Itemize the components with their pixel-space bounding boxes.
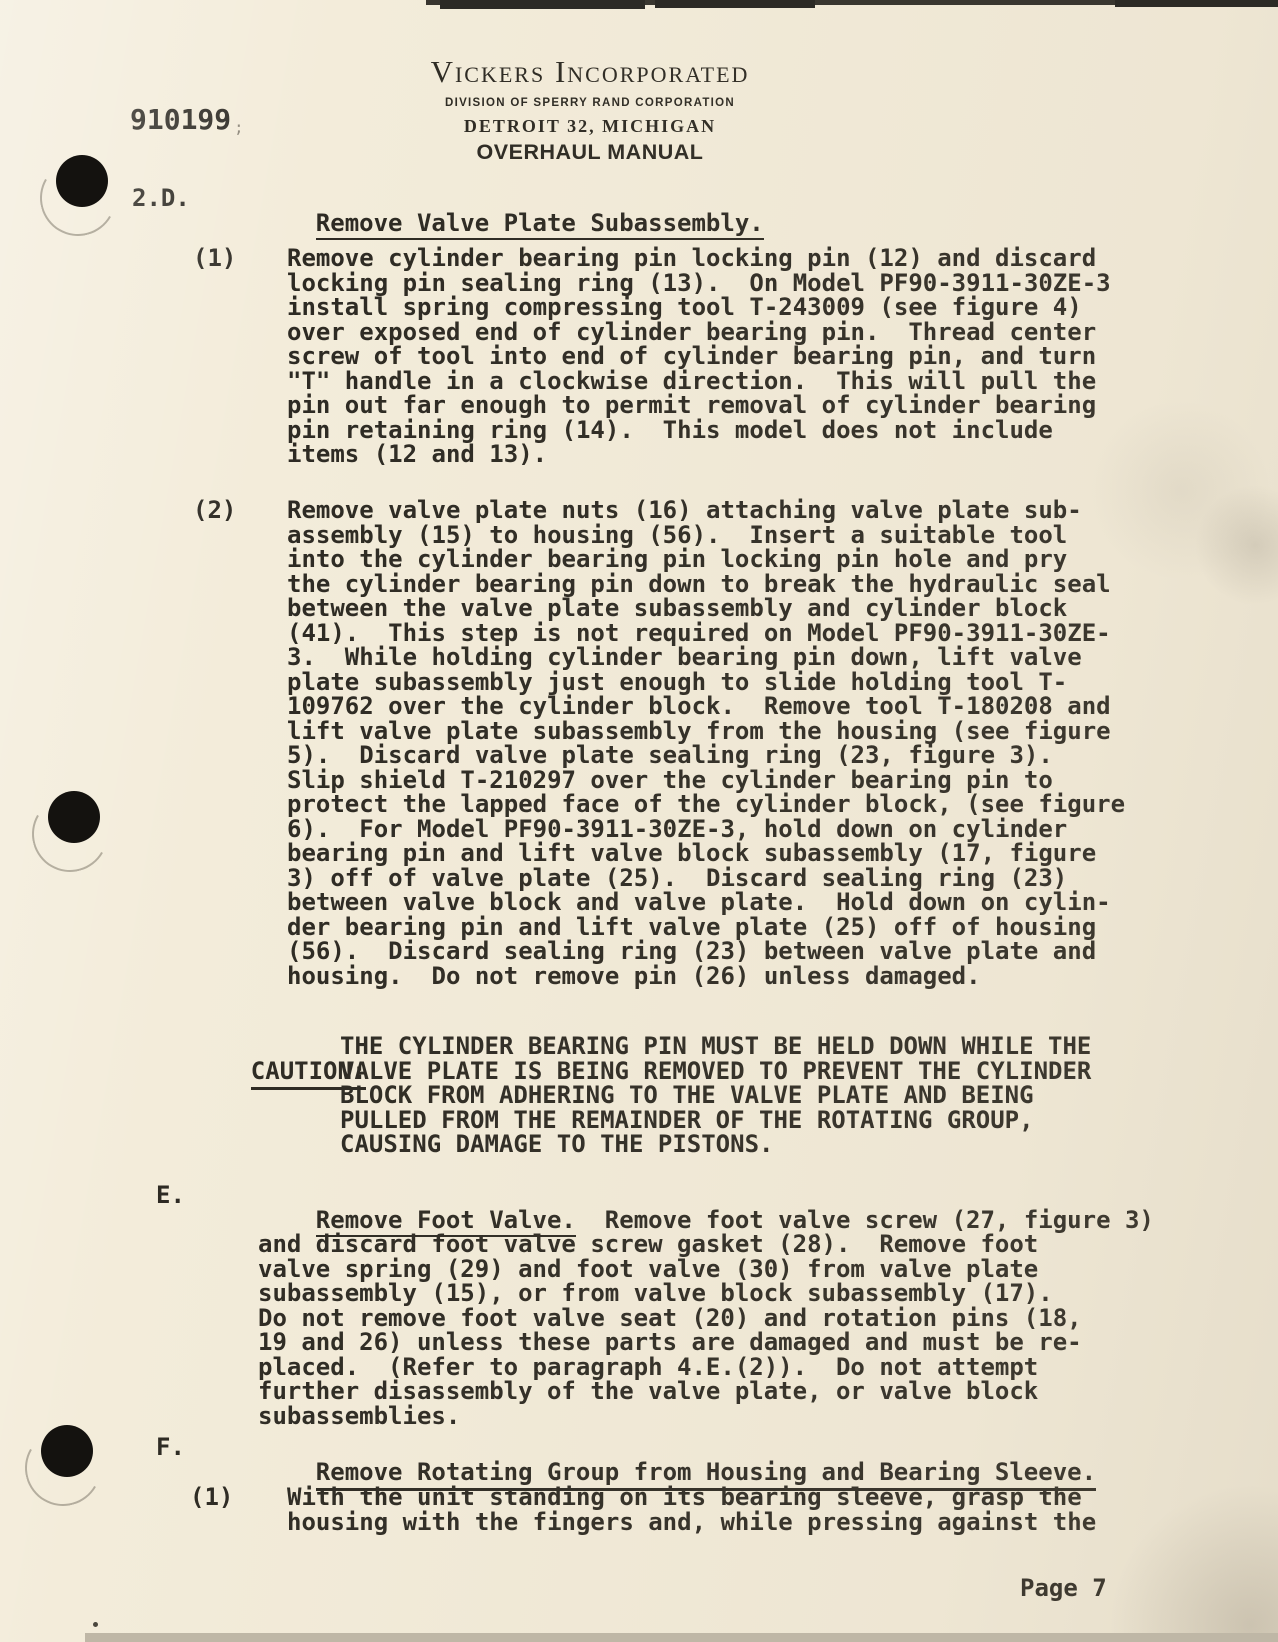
paper-mark: ; bbox=[234, 118, 244, 137]
section-f-label: F. bbox=[156, 1435, 185, 1460]
para-2-number: (2) bbox=[193, 498, 236, 523]
manual-title: OVERHAUL MANUAL bbox=[0, 141, 1180, 163]
section-e-label: E. bbox=[156, 1183, 185, 1208]
document-number: 910199 bbox=[130, 108, 231, 133]
section-2d-label: 2.D. bbox=[132, 186, 190, 211]
paper-speck bbox=[93, 1622, 98, 1627]
scan-edge-top-blob bbox=[655, 0, 815, 8]
para-f1-number: (1) bbox=[190, 1485, 233, 1510]
section-e-body: Remove Foot Valve. Remove foot valve scr… bbox=[258, 1183, 1154, 1453]
company-name: Vickers Incorporated bbox=[0, 55, 1180, 89]
section-2d-heading-text: Remove Valve Plate Subassembly. bbox=[316, 209, 764, 240]
page-number: Page 7 bbox=[1020, 1576, 1107, 1601]
para-1-text: Remove cylinder bearing pin locking pin … bbox=[287, 246, 1111, 467]
section-e-text: and discard foot valve screw gasket (28)… bbox=[258, 1230, 1082, 1430]
para-1-number: (1) bbox=[193, 246, 236, 271]
para-f1-text: With the unit standing on its bearing sl… bbox=[287, 1485, 1096, 1534]
hole-punch-ring bbox=[31, 151, 124, 244]
caution-text: THE CYLINDER BEARING PIN MUST BE HELD DO… bbox=[340, 1034, 1091, 1157]
hole-punch-ring bbox=[23, 787, 116, 880]
hole-punch-ring bbox=[16, 1421, 109, 1514]
para-2-text: Remove valve plate nuts (16) attaching v… bbox=[287, 498, 1125, 988]
scan-edge-bottom bbox=[85, 1633, 1278, 1642]
scan-edge-top-blob bbox=[1115, 0, 1278, 7]
manual-page: ; Vickers Incorporated DIVISION OF SPERR… bbox=[0, 0, 1278, 1642]
scan-edge-top-blob bbox=[440, 0, 645, 9]
